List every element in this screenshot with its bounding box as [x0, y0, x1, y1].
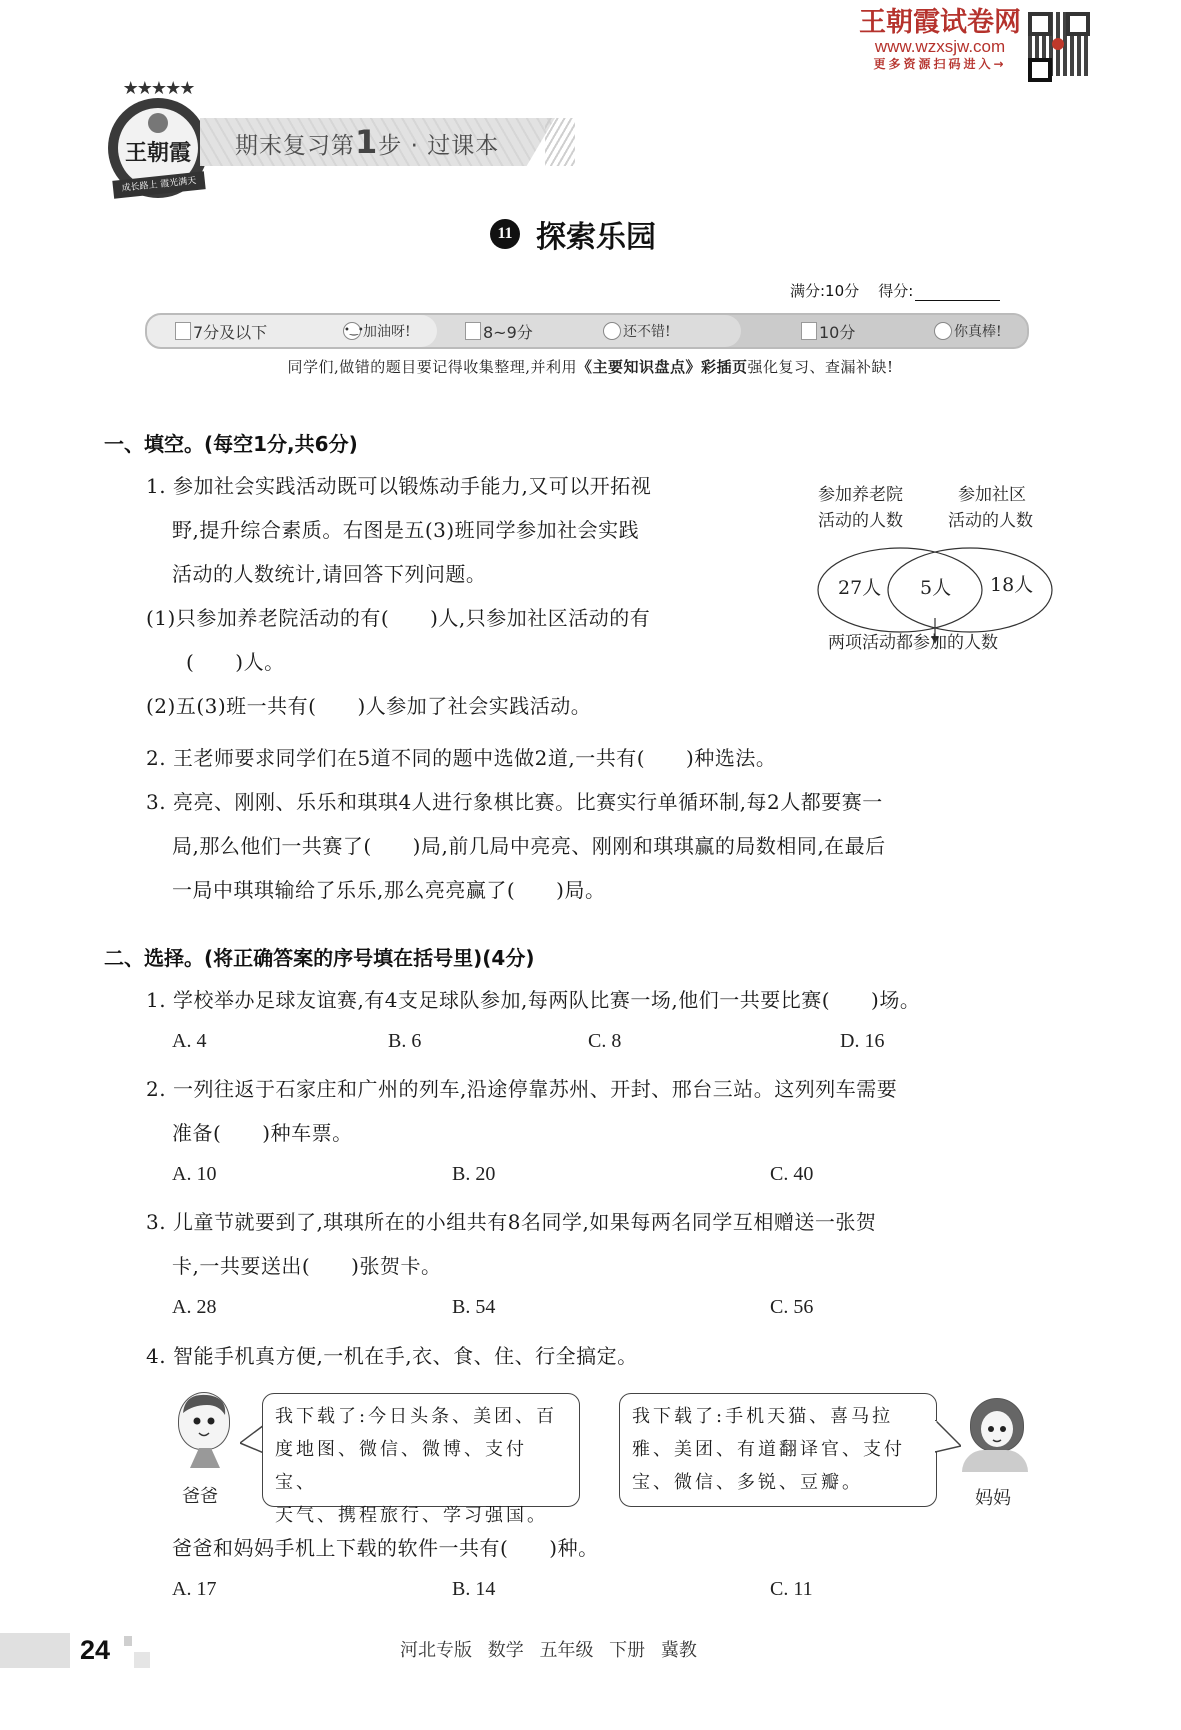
tip-text: 同学们,做错的题目要记得收集整理,并利用	[287, 358, 577, 376]
brand-name: 王朝霞试卷网	[850, 8, 1030, 38]
dad-tie-icon	[190, 1448, 220, 1468]
s2-q1-option-d[interactable]: D. 16	[840, 1030, 884, 1053]
s2-q4-text: 4. 智能手机真方便,一机在手,衣、食、住、行全搞定。	[146, 1340, 638, 1369]
venn-right-label: 参加社区 活动的人数	[948, 482, 1033, 534]
dad-bubble-tail	[240, 1425, 264, 1455]
logo-portrait-icon	[148, 113, 168, 133]
footer-decoration	[134, 1652, 150, 1668]
q3-line-1: 3. 亮亮、刚刚、乐乐和琪琪4人进行象棋比赛。比赛实行单循环制,每2人都要赛一	[146, 786, 883, 815]
q3-line-3: 一局中琪琪输给了乐乐,那么亮亮赢了( )局。	[172, 874, 605, 903]
q1-sub2: (2)五(3)班一共有( )人参加了社会实践活动。	[146, 690, 591, 719]
cheer-label: 加油呀!	[363, 321, 411, 341]
s2-q1-option-b[interactable]: B. 6	[388, 1030, 421, 1053]
footer-bar	[0, 1633, 70, 1668]
dad-speech-bubble: 我下载了:今日头条、美团、百 度地图、微信、微博、支付宝、 天气、携程旅行、学习…	[262, 1393, 580, 1507]
venn-left-value: 27人	[838, 575, 881, 601]
mom-line-3: 宝、微信、多锐、豆瓣。	[632, 1466, 924, 1499]
s2-q2-line-2: 准备( )种车票。	[172, 1117, 353, 1146]
mom-face-icon	[971, 1399, 1023, 1451]
tip-text-end: 强化复习、查漏补缺!	[748, 358, 894, 376]
range-label: 10分	[819, 320, 934, 343]
q3-line-2: 局,那么他们一共赛了( )局,前几局中亮亮、刚刚和琪琪赢的局数相同,在最后	[172, 830, 886, 859]
cheer-label: 还不错!	[623, 321, 671, 341]
score-rating-bar: 7分及以下 •‿•加油呀! 8~9分 还不错! 10分 你真棒!	[145, 313, 1029, 349]
qr-logo-icon	[1052, 38, 1064, 50]
mom-shoulders-icon	[962, 1450, 1028, 1472]
s2-q2-option-c[interactable]: C. 40	[770, 1163, 813, 1186]
checkbox[interactable]	[465, 322, 481, 340]
s2-q2-option-b[interactable]: B. 20	[452, 1163, 495, 1186]
venn-left-label: 参加养老院 活动的人数	[818, 482, 903, 534]
logo-name: 王朝霞	[116, 136, 200, 167]
venn-right-label-1: 参加社区	[948, 482, 1033, 508]
mom-speech-bubble: 我下载了:手机天猫、喜马拉 雅、美团、有道翻译官、支付 宝、微信、多锐、豆瓣。	[619, 1393, 937, 1507]
section-2-title: 二、选择。(将正确答案的序号填在括号里)(4分)	[104, 942, 534, 971]
venn-left-label-2: 活动的人数	[818, 508, 903, 534]
s2-q3-line-1: 3. 儿童节就要到了,琪琪所在的小组共有8名同学,如果每两名同学互相赠送一张贺	[146, 1206, 876, 1235]
s2-q4-option-b[interactable]: B. 14	[452, 1578, 495, 1601]
score-label: 得分:	[878, 282, 913, 300]
happy-face-icon	[934, 322, 952, 340]
chapter-number-badge: 11	[490, 219, 520, 249]
mom-avatar-icon	[970, 1398, 1024, 1452]
brand-subtitle: 更多资源扫码进入→	[850, 56, 1030, 72]
q1-sub1-line-1: (1)只参加养老院活动的有( )人,只参加社区活动的有	[146, 602, 650, 631]
smile-face-icon	[603, 322, 621, 340]
venn-bottom-label: 两项活动都参加的人数	[828, 630, 998, 656]
dad-line-2: 度地图、微信、微博、支付宝、	[275, 1433, 567, 1499]
s2-q4-option-c[interactable]: C. 11	[770, 1578, 813, 1601]
score-line: 满分:10分 得分:	[790, 280, 1000, 301]
range-label: 8~9分	[483, 320, 603, 343]
band-prefix: 期末复习第	[235, 133, 355, 159]
header-band-title: 期末复习第1步 · 过课本	[235, 124, 499, 164]
band-suffix: 步 · 过课本	[378, 133, 499, 159]
q1-sub1-line-2: ( )人。	[186, 646, 285, 675]
checkbox[interactable]	[801, 322, 817, 340]
mom-label: 妈妈	[975, 1484, 1011, 1510]
s2-q2-line-1: 2. 一列往返于石家庄和广州的列车,沿途停靠苏州、开封、邢台三站。这列列车需要	[146, 1073, 897, 1102]
star-icons: ★★★★★	[108, 78, 208, 99]
header-band-stripes	[545, 118, 575, 166]
s2-q1-option-c[interactable]: C. 8	[588, 1030, 621, 1053]
q1-line-1: 1. 参加社会实践活动既可以锻炼动手能力,又可以开拓视	[146, 470, 651, 499]
study-tip: 同学们,做错的题目要记得收集整理,并利用《主要知识盘点》彩插页强化复习、查漏补缺…	[0, 356, 1181, 377]
q1-line-3: 活动的人数统计,请回答下列问题。	[172, 558, 486, 587]
brand-url: www.wzxsjw.com	[850, 38, 1030, 56]
footer-decoration	[124, 1636, 132, 1646]
publisher-logo: ★★★★★ 王朝霞 成长路上 霞光满天	[108, 78, 208, 190]
chapter-title: 11 探索乐园	[490, 212, 656, 256]
s2-q3-option-c[interactable]: C. 56	[770, 1296, 813, 1319]
s2-q1-text: 1. 学校举办足球友谊赛,有4支足球队参加,每两队比赛一场,他们一共要比赛( )…	[146, 984, 920, 1013]
s2-q4-option-a[interactable]: A. 17	[172, 1578, 216, 1601]
s2-q4-question: 爸爸和妈妈手机上下载的软件一共有( )种。	[172, 1532, 599, 1561]
full-score: 满分:10分	[790, 282, 859, 300]
s2-q1-option-a[interactable]: A. 4	[172, 1030, 206, 1053]
q1-line-2: 野,提升综合素质。右图是五(3)班同学参加社会实践	[172, 514, 639, 543]
chapter-name: 探索乐园	[536, 212, 656, 256]
venn-right-label-2: 活动的人数	[948, 508, 1033, 534]
mom-line-1: 我下载了:手机天猫、喜马拉	[632, 1400, 924, 1433]
dad-line-1: 我下载了:今日头条、美团、百	[275, 1400, 567, 1433]
venn-left-label-1: 参加养老院	[818, 482, 903, 508]
s2-q2-option-a[interactable]: A. 10	[172, 1163, 216, 1186]
s2-q3-option-a[interactable]: A. 28	[172, 1296, 216, 1319]
checkbox[interactable]	[175, 322, 191, 340]
dad-label: 爸爸	[182, 1482, 218, 1508]
cheer-label: 你真棒!	[954, 321, 1002, 341]
dad-avatar-icon	[178, 1392, 230, 1450]
qr-corner	[1028, 58, 1052, 82]
range-label: 7分及以下	[193, 320, 343, 343]
venn-middle-value: 5人	[920, 575, 951, 601]
mom-bubble-tail	[935, 1420, 961, 1454]
score-range-low: 7分及以下 •‿•加油呀!	[147, 315, 437, 347]
dad-face-icon	[179, 1393, 229, 1449]
mom-line-2: 雅、美团、有道翻译官、支付	[632, 1433, 924, 1466]
s2-q3-option-b[interactable]: B. 54	[452, 1296, 495, 1319]
dad-line-3: 天气、携程旅行、学习强国。	[275, 1499, 567, 1532]
q2-text: 2. 王老师要求同学们在5道不同的题中选做2道,一共有( )种选法。	[146, 742, 776, 771]
footer-edition: 河北专版 数学 五年级 下册 冀教	[400, 1636, 697, 1662]
score-range-high: 10分 你真棒!	[725, 315, 1027, 347]
band-step: 1	[355, 123, 378, 161]
brand-block: 王朝霞试卷网 www.wzxsjw.com 更多资源扫码进入→	[850, 8, 1030, 72]
score-range-mid: 8~9分 还不错!	[421, 315, 741, 347]
section-1-title: 一、填空。(每空1分,共6分)	[104, 428, 358, 457]
crying-face-icon: •‿•	[343, 322, 361, 340]
score-blank-field[interactable]	[915, 286, 1000, 301]
venn-right-value: 18人	[990, 572, 1033, 598]
tip-bold: 《主要知识盘点》彩插页	[577, 358, 748, 376]
s2-q3-line-2: 卡,一共要送出( )张贺卡。	[172, 1250, 441, 1279]
